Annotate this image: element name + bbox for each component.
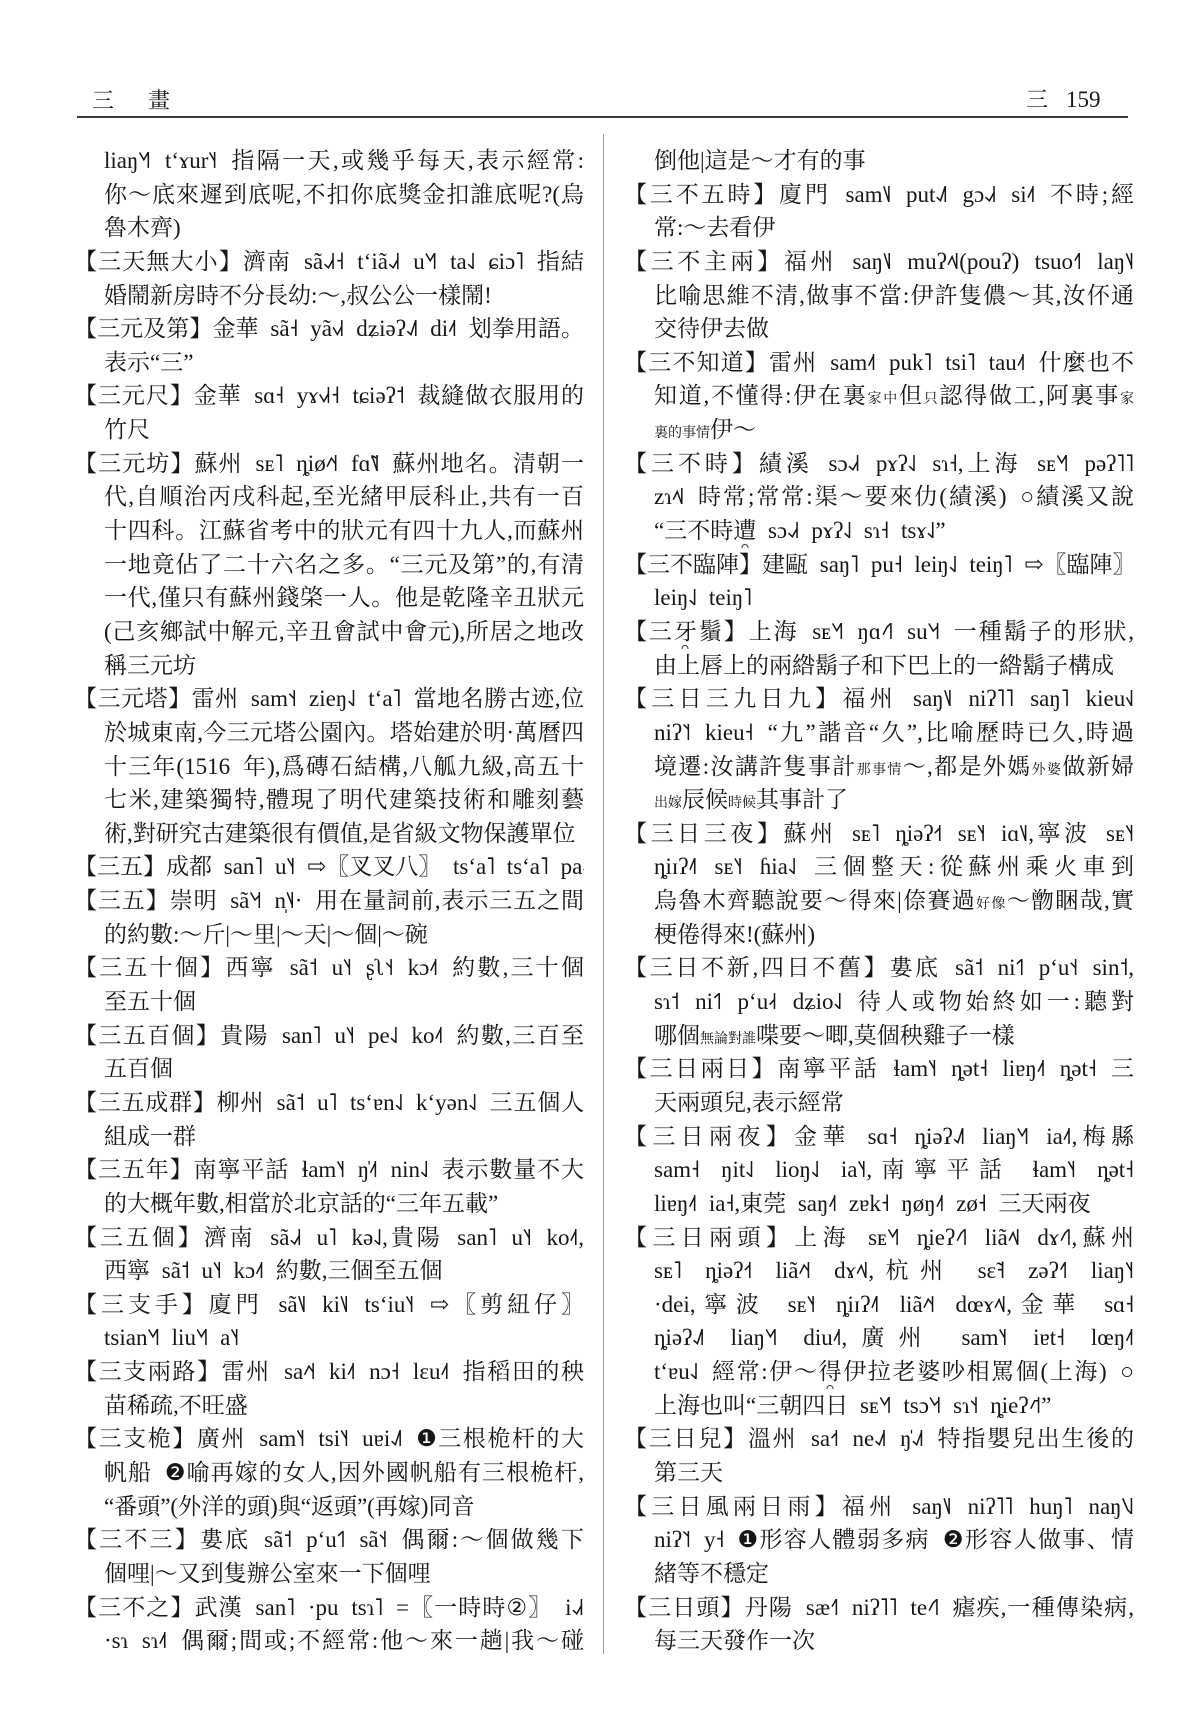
- entry-text: 比喻思維不清,做事不當:伊許隻儂～其,汝伓通: [654, 283, 1134, 308]
- entry-text: 【三不臨陣】: [624, 552, 762, 577]
- gloss-note: 那事情: [857, 763, 903, 778]
- dictionary-entry: 【三不主兩】福州 saŋ˥˩ muʔ˨˦˩(pouʔ) tsuo˧˥ laŋ˥˨…: [624, 245, 1134, 346]
- entry-line: 【三日頭】丹陽 sæ˧˥ niʔ˥˥ te˨˦˥ 瘧疾,一種傳染病,: [624, 1591, 1134, 1625]
- entry-line: (己亥鄉試中解元,辛丑會試中會元),所居之地改: [74, 615, 584, 649]
- entry-text: 術,對研究古建築很有價值,是省級文物保護單位: [104, 821, 576, 846]
- entry-text: leiŋ˨˩ teiŋ˥: [654, 585, 752, 610]
- entry-text: 【三日兒】: [624, 1426, 748, 1451]
- entry-text: 竹尺: [104, 417, 150, 442]
- entry-text: niʔ˥˦ kieu˧ “九”諧音“久”,比喻歷時已久,時過: [654, 720, 1134, 745]
- entry-line: 代,自順治丙戌科起,至光緒甲辰科止,共有一百: [74, 480, 584, 514]
- entry-text: 每三天發作一次: [654, 1628, 815, 1653]
- dictionary-entry: 【三日頭】丹陽 sæ˧˥ niʔ˥˥ te˨˦˥ 瘧疾,一種傳染病,每三天發作一…: [624, 1591, 1134, 1658]
- entry-text: 緒等不穩定: [654, 1561, 769, 1586]
- running-head-page: 三159: [1026, 83, 1101, 114]
- dictionary-entry: 【三元坊】蘇州 sᴇ˥ ȵiø˨˦˧ fɑ̃˥˩ 蘇州地名。清朝一代,自順治丙戌…: [74, 447, 584, 682]
- entry-text: 西寧 sã˦ u˥˧ ʂʅ˦˧ kɔ˨˦ 約數,三十個: [225, 955, 584, 980]
- entry-text: ȵiəʔ˨˩˥ liaŋ˥˧˥ diu˨˦,廣州 sam˥˧ iɐt˧ lœŋ˨…: [654, 1325, 1134, 1350]
- entry-text: liaŋ˥˧˥ tʻɤur˥˧ 指隔一天,或幾乎每天,表示經常:: [104, 148, 584, 173]
- headword: 【三日兩夜】: [624, 1124, 794, 1149]
- entry-text: 蘇州 sᴇ˥ ȵiəʔ˧˦ sᴇ˥˧ iɑ˥˩,寧波 sᴇ˥˧: [783, 821, 1134, 846]
- entry-line: leiŋ˨˩ teiŋ˥: [624, 581, 1134, 615]
- dictionary-entry: 【三不之】武漢 san˥ ·pu tsɿ˥ =〖一時時②〗 i˨˩˧·sɿ sɿ…: [74, 1591, 584, 1658]
- entry-line: 梗倦得來!(蘇州): [624, 918, 1134, 952]
- entry-line: 【三元尺】金華 sɑ˧ yɤ˧˩˧˧ tɕiəʔ˦ 裁縫做衣服用的: [74, 379, 584, 413]
- entry-line: 第三天: [624, 1456, 1134, 1490]
- entry-text: 婁底 sã˦ ni˦˥ pʻu˦˧ sin˦,: [889, 955, 1134, 980]
- entry-text: 溫州 sa˧˦ ne˨˩˦ ŋ̍˨˩˦ 特指嬰兒出生後的: [748, 1426, 1134, 1451]
- entry-text: 南寧平話 ɬam˥˧ ŋ̍˨˦ nin˨˩ 表示數量不大: [194, 1157, 584, 1182]
- entry-text: 廣州 sam˥˧ tsi˥˧ uɐi˨˩˥ ❶三根桅杆的大: [197, 1426, 584, 1451]
- entry-text: 【三不五時】: [624, 182, 779, 207]
- entry-line: 【三日風兩日雨】福州 saŋ˥˩ niʔ˥˥ huŋ˥ naŋ˥˨˩: [624, 1490, 1134, 1524]
- entry-line: liɐŋ˨˦ ia˧,東莞 saŋ˨˦ zɐk˧ ŋøŋ˨˦ zø˧ 三天兩夜: [624, 1187, 1134, 1221]
- entry-text: 至五十個: [104, 989, 196, 1014]
- dictionary-entry: 【三天無大小】濟南 sã˨˩˧˧ tʻiã˨˩˧ u˥˧˥ ta˨˩ ɕiɔ˥ …: [74, 245, 584, 312]
- entry-text: 【三不知道】: [624, 350, 769, 375]
- entry-line: 組成一群: [74, 1120, 584, 1154]
- entry-text: 辰候: [682, 787, 728, 812]
- entry-line: 竹尺: [74, 413, 584, 447]
- dictionary-entry: 【三日三九日九】福州 saŋ˥˩ niʔ˥˥ saŋ˥ kieu˧˩niʔ˥˦ …: [624, 682, 1134, 817]
- entry-line: sam˧ ŋit˨˩ lioŋ˨˩ ia˥˧,南寧平話 ɬam˥˧ ȵət˧: [624, 1153, 1134, 1187]
- running-head-section: 三畫: [92, 84, 170, 115]
- entry-text: 上海 sᴇ˥˧˥ ŋɑ˨˦˥ su˥˧˦ 一種鬍子的形狀,: [749, 619, 1134, 644]
- headword: 【三五】: [74, 854, 166, 879]
- entry-text: 其事計了: [756, 787, 848, 812]
- entry-text: 十三年(1516 年),爲磚石結構,八觚九級,高五十: [104, 754, 584, 779]
- entry-line: 交待伊去做: [624, 312, 1134, 346]
- entry-text: 【三日不新,四日不舊】: [624, 955, 889, 980]
- entry-text: 雷州 sam˦˧ zieŋ˨˩ tʻa˥ 當地名勝古迹,位: [192, 686, 584, 711]
- entry-text: 的約數:～斤|～里|～天|～個|～碗: [104, 922, 428, 947]
- entry-text: 常:～去看伊: [654, 215, 775, 240]
- section-stroke-label: 畫: [148, 84, 170, 115]
- entry-text: 知道,不懂得:伊在裏: [654, 383, 867, 408]
- entry-text: 個哩|～又到隻辦公室來一下個哩: [104, 1561, 431, 1586]
- entry-line: 上海也叫“三朝四日 sᴇ˥˧˥ tsɔ˥˧˦ sɿ˦˧ ȵieʔ˨˦˦”: [624, 1389, 1134, 1423]
- entry-text: 天兩頭兒,表示經常: [654, 1090, 844, 1115]
- entry-text: 【三天無大小】: [74, 249, 243, 274]
- entry-text: 濟南 sã˨˩˧ u˥ kə˨˩,貴陽 san˥ u˥˧ ko˨˦,: [204, 1225, 584, 1250]
- entry-text: 【三不時】: [624, 451, 759, 476]
- entry-text: ·sɿ sɿ˨˦ 偶爾;間或;不經常:他～來一趟|我～碰: [104, 1628, 584, 1653]
- entry-text: 【三支手】: [74, 1292, 209, 1317]
- entry-text: 福州 saŋ˥˩ muʔ˨˦˩(pouʔ) tsuo˧˥ laŋ˥˨: [784, 249, 1134, 274]
- entry-text: 伊拉老婆吵相罵個(上海) ○: [842, 1359, 1134, 1384]
- entry-line: 七米,建築獨特,體現了明代建築技術和雕刻藝: [74, 783, 584, 817]
- entry-line: zɿ˨˦˩ 時常;常常:渠～要來仂(績溪) ○績溪又說: [624, 480, 1134, 514]
- entry-line: 一地竟佔了二十六名之多。“三元及第”的,有清: [74, 548, 584, 582]
- headword: 【三日不新,四日不舊】: [624, 955, 889, 980]
- right-column: 倒他|這是～才有的事【三不五時】廈門 sam˥˩ put˨˩˥ gɔ˨˩˧ si…: [624, 144, 1134, 1658]
- entry-text: 【三元塔】: [74, 686, 192, 711]
- entry-line: 你～底來遲到底呢,不扣你底獎金扣誰底呢?(烏: [74, 178, 584, 212]
- dictionary-entry: liaŋ˥˧˥ tʻɤur˥˧ 指隔一天,或幾乎每天,表示經常:你～底來遲到底呢…: [74, 144, 584, 245]
- entry-text: tʻɐu˨˩ 經常:伊～: [654, 1359, 819, 1384]
- dictionary-entry: 【三五】成都 san˥ u˥˧ ⇨〖叉叉八〗 tsʻa˥ tsʻa˥ pa˨˩: [74, 850, 584, 884]
- entry-text: 代,自順治丙戌科起,至光緒甲辰科止,共有一百: [104, 484, 584, 509]
- entry-line: 一代,僅只有蘇州錢棨一人。他是乾隆辛丑狀元: [74, 581, 584, 615]
- dictionary-entry: 【三五成群】柳州 sã˦ u˥ tsʻɐn˨˩ kʻyən˨˩ 三五個人組成一群: [74, 1086, 584, 1153]
- column-divider: [603, 134, 604, 1654]
- entry-text: 濟南 sã˨˩˧˧ tʻiã˨˩˧ u˥˧˥ ta˨˩ ɕiɔ˥ 指結: [243, 249, 584, 274]
- entry-line: 的大概年數,相當於北京話的“三年五載”: [74, 1187, 584, 1221]
- headword: 【三元坊】: [74, 451, 194, 476]
- dictionary-entry: 【三五百個】貴陽 san˥ u˥˧ pe˨˩ ko˨˦ 約數,三百至五百個: [74, 1019, 584, 1086]
- entry-text: 七米,建築獨特,體現了明代建築技術和雕刻藝: [104, 787, 584, 812]
- entry-line: ·dei,寧波 sᴇ˥˧ ȵiɪʔ˨˥ liã˨˦˧ dœɤ˨˦˩,金華 sɑ˧: [624, 1288, 1134, 1322]
- entry-line: 倒他|這是～才有的事: [624, 144, 1134, 178]
- entry-line: niʔ˥˦ kieu˧ “九”諧音“久”,比喻歷時已久,時過: [624, 716, 1134, 750]
- entry-line: ȵiəʔ˨˩˥ liaŋ˥˧˥ diu˨˦,廣州 sam˥˧ iɐt˧ lœŋ˨…: [624, 1321, 1134, 1355]
- headword: 【三不五時】: [624, 182, 779, 207]
- entry-text: 南寧平話 ɬam˥˧ ȵət˧ liɐŋ˨˦ ȵət˧ 三: [777, 1056, 1134, 1081]
- entry-line: 每三天發作一次: [624, 1624, 1134, 1658]
- headword: 【三元尺】: [74, 383, 194, 408]
- entry-line: 【三支兩路】雷州 sa˨˦˧ ki˨˦ nɔ˧ lɛu˨˦ 指稻田的秧: [74, 1355, 584, 1389]
- entry-line: 【三牙鬚】上海 sᴇ˥˧˥ ŋɑ˨˦˥ su˥˧˦ 一種鬍子的形狀,: [624, 615, 1134, 649]
- entry-text: (己亥鄉試中解元,辛丑會試中會元),所居之地改: [104, 619, 584, 644]
- dictionary-entry: 【三元及第】金華 sã˧ yã˧˩˧ dʑiəʔ˨˩˥ di˨˦ 划拳用語。表示…: [74, 312, 584, 379]
- entry-text: 十四科。江蘇省考中的狀元有四十九人,而蘇州: [104, 518, 584, 543]
- entry-text: 哪個: [654, 1023, 700, 1048]
- entry-text: 第三天: [654, 1460, 723, 1485]
- entry-line: 【三支手】廈門 sã˥˩ ki˥˩ tsʻiu˥˧ ⇨〖剪紐仔〗: [74, 1288, 584, 1322]
- entry-line: 西寧 sã˦ u˥˧ kɔ˨˦ 約數,三個至五個: [74, 1254, 584, 1288]
- entry-line: 【三元坊】蘇州 sᴇ˥ ȵiø˨˦˧ fɑ̃˥˩ 蘇州地名。清朝一: [74, 447, 584, 481]
- entry-line: 【三不五時】廈門 sam˥˩ put˨˩˥ gɔ˨˩˧ si˨˦ 不時;經: [624, 178, 1134, 212]
- entry-text: 【三不之】: [74, 1595, 195, 1620]
- gloss-note: 家中: [867, 392, 898, 407]
- headword: 【三元塔】: [74, 686, 192, 711]
- entry-line: 【三日三九日九】福州 saŋ˥˩ niʔ˥˥ saŋ˥ kieu˧˩: [624, 682, 1134, 716]
- entry-text: zɿ˨˦˩ 時常;常常:渠～要來仂(績溪) ○績溪又說: [654, 484, 1134, 509]
- entry-text: 【三不主兩】: [624, 249, 784, 274]
- entry-text: 【三五百個】: [74, 1023, 220, 1048]
- gloss-note: 家: [1120, 392, 1134, 407]
- entry-line: 【三不主兩】福州 saŋ˥˩ muʔ˨˦˩(pouʔ) tsuo˧˥ laŋ˥˨: [624, 245, 1134, 279]
- entry-line: 術,對研究古建築很有價值,是省級文物保護單位: [74, 817, 584, 851]
- entry-text: 廈門 sam˥˩ put˨˩˥ gɔ˨˩˧ si˨˦ 不時;經: [779, 182, 1134, 207]
- entry-text: sɿ˦ ni˦˥ pʻu˨˧ dʑio˨˩ 待人或物始終如一:聽對: [654, 989, 1134, 1014]
- entry-text: 由上唇上的兩綹鬍子和下巴上的一綹鬍子構成: [654, 653, 1114, 678]
- entry-text: 【三日兩頭】: [624, 1225, 794, 1250]
- section-stroke-number: 三: [92, 84, 114, 115]
- entry-text: 【三支桅】: [74, 1426, 197, 1451]
- dictionary-entry: 【三五個】濟南 sã˨˩˧ u˥ kə˨˩,貴陽 san˥ u˥˧ ko˨˦,西…: [74, 1221, 584, 1288]
- dictionary-entry: 【三五年】南寧平話 ɬam˥˧ ŋ̍˨˦ nin˨˩ 表示數量不大的大概年數,相…: [74, 1153, 584, 1220]
- entry-line: ·sɿ sɿ˨˦ 偶爾;間或;不經常:他～來一趟|我～碰: [74, 1624, 584, 1658]
- entry-line: 【三支桅】廣州 sam˥˧ tsi˥˧ uɐi˨˩˥ ❶三根桅杆的大: [74, 1422, 584, 1456]
- entry-text: 【三五】: [74, 854, 166, 879]
- entry-text: 丹陽 sæ˧˥ niʔ˥˥ te˨˦˥ 瘧疾,一種傳染病,: [745, 1595, 1134, 1620]
- entry-text: 你～底來遲到底呢,不扣你底獎金扣誰底呢?(烏: [104, 182, 584, 207]
- entry-text: 【三五十個】: [74, 955, 225, 980]
- entry-text: 的大概年數,相當於北京話的“三年五載”: [104, 1191, 498, 1216]
- entry-line: 【三五】成都 san˥ u˥˧ ⇨〖叉叉八〗 tsʻa˥ tsʻa˥ pa˨˩: [74, 850, 584, 884]
- entry-line: sɿ˦ ni˦˥ pʻu˨˧ dʑio˨˩ 待人或物始終如一:聽對: [624, 985, 1134, 1019]
- entry-line: 【三日不新,四日不舊】婁底 sã˦ ni˦˥ pʻu˦˧ sin˦,: [624, 951, 1134, 985]
- dictionary-entry: 【三不三】婁底 sã˦ pʻu˦˥ sã˦˧ 偶爾:～個做幾下個哩|～又到隻辦公…: [74, 1523, 584, 1590]
- headword: 【三不之】: [74, 1595, 195, 1620]
- entry-text: 表示“三”: [104, 350, 193, 375]
- entry-text: “番頭”(外洋的頭)與“返頭”(再嫁)同音: [104, 1494, 474, 1519]
- entry-text: 鬚】: [697, 619, 749, 644]
- entry-text: 【三元及第】: [74, 316, 212, 341]
- entry-line: 【三不之】武漢 san˥ ·pu tsɿ˥ =〖一時時②〗 i˨˩˧: [74, 1591, 584, 1625]
- entry-line: 十三年(1516 年),爲磚石結構,八觚九級,高五十: [74, 750, 584, 784]
- entry-text: 廈門 sã˥˩ ki˥˩ tsʻiu˥˧ ⇨〖剪紐仔〗: [209, 1292, 584, 1317]
- entry-text: “三不時: [654, 518, 733, 543]
- gloss-note: 外婆: [1032, 763, 1063, 778]
- entry-line: 【三日兩日】南寧平話 ɬam˥˧ ȵət˧ liɐŋ˨˦ ȵət˧ 三: [624, 1052, 1134, 1086]
- entry-line: 【三天無大小】濟南 sã˨˩˧˧ tʻiã˨˩˧ u˥˧˥ ta˨˩ ɕiɔ˥ …: [74, 245, 584, 279]
- headword: 【三日三九日九】: [624, 686, 842, 711]
- headword: 【三日頭】: [624, 1595, 745, 1620]
- entry-text: 一地竟佔了二十六名之多。“三元及第”的,有清: [104, 552, 584, 577]
- entry-text: 組成一群: [104, 1124, 196, 1149]
- entry-line: 稱三元坊: [74, 649, 584, 683]
- headword: 【三五百個】: [74, 1023, 220, 1048]
- dictionary-entry: 【三不時】績溪 sɔ˨˩˧ pɤʔ˨˩ sɿ˧,上海 sᴇ˥˧˥ pəʔ˥˥zɿ…: [624, 447, 1134, 548]
- entry-line: 【三日兩夜】金華 sɑ˧ ȵiəʔ˨˩˥ liaŋ˥˧˥ ia˨˦,梅縣: [624, 1120, 1134, 1154]
- dictionary-entry: 【三日兒】溫州 sa˧˦ ne˨˩˦ ŋ̍˨˩˦ 特指嬰兒出生後的第三天: [624, 1422, 1134, 1489]
- entry-text: sɔ˨˩˧ pɤʔ˨˩ sɿ˧ tsɤ˨˩”: [756, 518, 945, 543]
- entry-text: 成都 san˥ u˥˧ ⇨〖叉叉八〗 tsʻa˥ tsʻa˥ pa˨˩: [166, 854, 584, 879]
- entry-text: tsian˥˧˥ liu˥˧˥ a˥˧: [104, 1325, 239, 1350]
- entry-line: 由上唇上的兩綹鬍子和下巴上的一綹鬍子構成: [624, 649, 1134, 683]
- headword: 【三支手】: [74, 1292, 209, 1317]
- entry-text: 境遷:汝講許隻事計: [654, 754, 857, 779]
- headword: 【三日風兩日雨】: [624, 1494, 842, 1519]
- entry-line: 出嫁辰候時候其事計了: [624, 783, 1134, 817]
- entry-text: ȵiɪʔ˨˥ sᴇ˥˧ ɦia˨˩ 三個整天:從蘇州乘火車到: [654, 854, 1134, 879]
- entry-text: 於城東南,今三元塔公園內。塔始建於明·萬曆四: [104, 720, 584, 745]
- entry-line: “三不時遭 sɔ˨˩˧ pɤʔ˨˩ sɿ˧ tsɤ˨˩”: [624, 514, 1134, 548]
- headword: 【三支兩路】: [74, 1359, 222, 1384]
- entry-line: 【三不時】績溪 sɔ˨˩˧ pɤʔ˨˩ sɿ˧,上海 sᴇ˥˧˥ pəʔ˥˥: [624, 447, 1134, 481]
- entry-text: 【三五個】: [74, 1225, 204, 1250]
- entry-line: 緒等不穩定: [624, 1557, 1134, 1591]
- dictionary-entry: 【三日兩夜】金華 sɑ˧ ȵiəʔ˨˩˥ liaŋ˥˧˥ ia˨˦,梅縣sam˧…: [624, 1120, 1134, 1221]
- headword: 【三不臨陣】: [624, 552, 762, 577]
- entry-text: 一代,僅只有蘇州錢棨一人。他是乾隆辛丑狀元: [104, 585, 584, 610]
- entry-text: 交待伊去做: [654, 316, 769, 341]
- entry-line: 【三元及第】金華 sã˧ yã˧˩˧ dʑiəʔ˨˩˥ di˨˦ 划拳用語。: [74, 312, 584, 346]
- entry-text: ～朆睏哉,實: [1007, 888, 1134, 913]
- dictionary-entry: 【三元尺】金華 sɑ˧ yɤ˧˩˧˧ tɕiəʔ˦ 裁縫做衣服用的竹尺: [74, 379, 584, 446]
- entry-line: tsian˥˧˥ liu˥˧˥ a˥˧: [74, 1321, 584, 1355]
- marked-character: 遭: [733, 514, 756, 548]
- headword: 【三日兩日】: [624, 1056, 777, 1081]
- dictionary-entry: 【三五十個】西寧 sã˦ u˥˧ ʂʅ˦˧ kɔ˨˦ 約數,三十個至五十個: [74, 951, 584, 1018]
- entry-text: 【三日頭】: [624, 1595, 745, 1620]
- entry-text: 雷州 sam˨˦ puk˥ tsi˥ tau˨˦ 什麼也不: [769, 350, 1134, 375]
- entry-text: niʔ˥˦ y˧ ❶形容人體弱多病 ❷形容人做事、情: [654, 1527, 1134, 1552]
- entry-text: 婚鬧新房時不分長幼:～,叔公公一樣鬧!: [104, 283, 492, 308]
- entry-text: 【三五】: [74, 888, 170, 913]
- entry-text: 做新婦: [1062, 754, 1134, 779]
- entry-line: 【三五成群】柳州 sã˦ u˥ tsʻɐn˨˩ kʻyən˨˩ 三五個人: [74, 1086, 584, 1120]
- entry-line: 天兩頭兒,表示經常: [624, 1086, 1134, 1120]
- gloss-note: 無論對誰: [700, 1032, 756, 1047]
- entry-line: “番頭”(外洋的頭)與“返頭”(再嫁)同音: [74, 1490, 584, 1524]
- entry-text: 魯木齊): [104, 215, 181, 240]
- dictionary-entry: 倒他|這是～才有的事: [624, 144, 1134, 178]
- entry-text: 西寧 sã˦ u˥˧ kɔ˨˦ 約數,三個至五個: [104, 1258, 443, 1283]
- entry-line: sᴇ˥ ȵiəʔ˧˦ liã˨˦˧ dɤ˨˦˩,杭州 sɛ̃˧ zəʔ˧˥ li…: [624, 1254, 1134, 1288]
- entry-text: 【三日兩夜】: [624, 1124, 794, 1149]
- entry-line: 【三日兒】溫州 sa˧˦ ne˨˩˦ ŋ̍˨˩˦ 特指嬰兒出生後的: [624, 1422, 1134, 1456]
- entry-text: 婁底 sã˦ pʻu˦˥ sã˦˧ 偶爾:～個做幾下: [200, 1527, 584, 1552]
- entry-line: 哪個無論對誰喋要～唧,莫個秧雞子一樣: [624, 1019, 1134, 1053]
- entry-text: 【三日風兩日雨】: [624, 1494, 842, 1519]
- entry-text: 【三元尺】: [74, 383, 194, 408]
- entry-line: 帆船 ❷喻再嫁的女人,因外國帆船有三根桅杆,: [74, 1456, 584, 1490]
- entry-text: 金華 sɑ˧ ȵiəʔ˨˩˥ liaŋ˥˧˥ ia˨˦,梅縣: [794, 1124, 1134, 1149]
- entry-line: 【三元塔】雷州 sam˦˧ zieŋ˨˩ tʻa˥ 當地名勝古迹,位: [74, 682, 584, 716]
- entry-text: 苗稀疏,不旺盛: [104, 1393, 248, 1418]
- entry-line: 【三日三夜】蘇州 sᴇ˥ ȵiəʔ˧˦ sᴇ˥˧ iɑ˥˩,寧波 sᴇ˥˧: [624, 817, 1134, 851]
- entry-text: 福州 saŋ˥˩ niʔ˥˥ huŋ˥ naŋ˥˨˩: [842, 1494, 1134, 1519]
- entry-line: 於城東南,今三元塔公園內。塔始建於明·萬曆四: [74, 716, 584, 750]
- entry-text: 績溪 sɔ˨˩˧ pɤʔ˨˩ sɿ˧,上海 sᴇ˥˧˥ pəʔ˥˥: [759, 451, 1134, 476]
- entry-line: 烏魯木齊聽說要～得來|倷賽過好像～朆睏哉,實: [624, 884, 1134, 918]
- dictionary-entry: 【三支桅】廣州 sam˥˧ tsi˥˧ uɐi˨˩˥ ❶三根桅杆的大帆船 ❷喻再…: [74, 1422, 584, 1523]
- entry-text: 認得做工,阿裏事: [939, 383, 1120, 408]
- entry-text: 雷州 sa˨˦˧ ki˨˦ nɔ˧ lɛu˨˦ 指稻田的秧: [222, 1359, 584, 1384]
- gloss-note: 時候: [728, 796, 756, 811]
- headword: 【三不主兩】: [624, 249, 784, 274]
- entry-text: ·dei,寧波 sᴇ˥˧ ȵiɪʔ˨˥ liã˨˦˧ dœɤ˨˦˩,金華 sɑ˧: [654, 1292, 1134, 1317]
- entry-text: 【三日兩日】: [624, 1056, 777, 1081]
- headword: 【三牙鬚】: [624, 619, 749, 644]
- entry-line: 【三不知道】雷州 sam˨˦ puk˥ tsi˥ tau˨˦ 什麼也不: [624, 346, 1134, 380]
- headword: 【三不三】: [74, 1527, 200, 1552]
- entry-text: sᴇ˥ ȵiəʔ˧˦ liã˨˦˧ dɤ˨˦˩,杭州 sɛ̃˧ zəʔ˧˥ li…: [654, 1258, 1134, 1283]
- entry-text: 梗倦得來!(蘇州): [654, 922, 815, 947]
- dictionary-entry: 【三支手】廈門 sã˥˩ ki˥˩ tsʻiu˥˧ ⇨〖剪紐仔〗tsian˥˧˥…: [74, 1288, 584, 1355]
- gloss-note: 只: [924, 392, 940, 407]
- entry-text: 武漢 san˥ ·pu tsɿ˥ =〖一時時②〗 i˨˩˧: [195, 1595, 585, 1620]
- entry-line: 【三不三】婁底 sã˦ pʻu˦˥ sã˦˧ 偶爾:～個做幾下: [74, 1523, 584, 1557]
- dictionary-entry: 【三支兩路】雷州 sa˨˦˧ ki˨˦ nɔ˧ lɛu˨˦ 指稻田的秧苗稀疏,不…: [74, 1355, 584, 1422]
- headword: 【三日三夜】: [624, 821, 783, 846]
- dictionary-entry: 【三五】崇明 sã˥˧˦ n̩˥˨· 用在量詞前,表示三五之間的約數:～斤|～里…: [74, 884, 584, 951]
- dictionary-entry: 【三不臨陣】建甌 saŋ˥ pu˧ leiŋ˨˩ teiŋ˥ ⇨〖臨陣〗leiŋ…: [624, 548, 1134, 615]
- headword: 【三五】: [74, 888, 170, 913]
- left-column: liaŋ˥˧˥ tʻɤur˥˧ 指隔一天,或幾乎每天,表示經常:你～底來遲到底呢…: [74, 144, 584, 1658]
- headword: 【三日兩頭】: [624, 1225, 794, 1250]
- entry-text: 烏魯木齊聽說要～得來|倷賽過: [654, 888, 976, 913]
- entry-text: 蘇州 sᴇ˥ ȵiø˨˦˧ fɑ̃˥˩ 蘇州地名。清朝一: [194, 451, 584, 476]
- entry-line: 常:～去看伊: [624, 211, 1134, 245]
- entry-line: niʔ˥˦ y˧ ❶形容人體弱多病 ❷形容人做事、情: [624, 1523, 1134, 1557]
- headword: 【三不知道】: [624, 350, 769, 375]
- dictionary-entry: 【三日兩日】南寧平話 ɬam˥˧ ȵət˧ liɐŋ˨˦ ȵət˧ 三天兩頭兒,…: [624, 1052, 1134, 1119]
- entry-line: 裏的事情伊～: [624, 413, 1134, 447]
- running-head-character: 三: [1026, 87, 1048, 112]
- gloss-note: 出嫁: [654, 796, 682, 811]
- entry-line: 婚鬧新房時不分長幼:～,叔公公一樣鬧!: [74, 279, 584, 313]
- entry-line: 【三五百個】貴陽 san˥ u˥˧ pe˨˩ ko˨˦ 約數,三百至: [74, 1019, 584, 1053]
- headword: 【三五年】: [74, 1157, 194, 1182]
- dictionary-entry: 【三日兩頭】上海 sᴇ˥˧˥ ȵieʔ˨˦˥ liã˨˦˩ dɤ˨˦˥,蘇州sᴇ…: [624, 1221, 1134, 1423]
- entry-line: 【三不臨陣】建甌 saŋ˥ pu˧ leiŋ˨˩ teiŋ˥ ⇨〖臨陣〗: [624, 548, 1134, 582]
- entry-text: 【三日三九日九】: [624, 686, 842, 711]
- entry-text: 崇明 sã˥˧˦ n̩˥˨· 用在量詞前,表示三五之間: [170, 888, 584, 913]
- headword: 【三五十個】: [74, 955, 225, 980]
- page-number: 159: [1066, 87, 1101, 112]
- entry-line: 【三五】崇明 sã˥˧˦ n̩˥˨· 用在量詞前,表示三五之間: [74, 884, 584, 918]
- gloss-note: 裏的事情: [654, 426, 710, 441]
- entry-text: 柳州 sã˦ u˥ tsʻɐn˨˩ kʻyən˨˩ 三五個人: [217, 1090, 584, 1115]
- entry-text: 【三不三】: [74, 1527, 200, 1552]
- header-rule: [77, 116, 1128, 118]
- entry-text: 貴陽 san˥ u˥˧ pe˨˩ ko˨˦ 約數,三百至: [220, 1023, 584, 1048]
- entry-line: liaŋ˥˧˥ tʻɤur˥˧ 指隔一天,或幾乎每天,表示經常:: [74, 144, 584, 178]
- entry-text: 上海 sᴇ˥˧˥ ȵieʔ˨˦˥ liã˨˦˩ dɤ˨˦˥,蘇州: [794, 1225, 1134, 1250]
- entry-line: 魯木齊): [74, 211, 584, 245]
- entry-text: 【三元坊】: [74, 451, 194, 476]
- entry-text: 【三支兩路】: [74, 1359, 222, 1384]
- entry-text: 五百個: [104, 1056, 173, 1081]
- entry-text: 【三日三夜】: [624, 821, 783, 846]
- marked-character: 牙: [674, 615, 697, 649]
- headword: 【三五成群】: [74, 1090, 217, 1115]
- entry-text: 伊～: [710, 417, 756, 442]
- dictionary-entry: 【三日三夜】蘇州 sᴇ˥ ȵiəʔ˧˦ sᴇ˥˧ iɑ˥˩,寧波 sᴇ˥˧ȵiɪ…: [624, 817, 1134, 952]
- dictionary-entry: 【三不五時】廈門 sam˥˩ put˨˩˥ gɔ˨˩˧ si˨˦ 不時;經常:～…: [624, 178, 1134, 245]
- entry-line: 知道,不懂得:伊在裏家中但只認得做工,阿裏事家: [624, 379, 1134, 413]
- entry-text: 稱三元坊: [104, 653, 196, 678]
- dictionary-entry: 【三不知道】雷州 sam˨˦ puk˥ tsi˥ tau˨˦ 什麼也不知道,不懂…: [624, 346, 1134, 447]
- entry-line: 【三日兩頭】上海 sᴇ˥˧˥ ȵieʔ˨˦˥ liã˨˦˩ dɤ˨˦˥,蘇州: [624, 1221, 1134, 1255]
- entry-line: 表示“三”: [74, 346, 584, 380]
- entry-text: 【三: [624, 619, 674, 644]
- entry-line: 【三五十個】西寧 sã˦ u˥˧ ʂʅ˦˧ kɔ˨˦ 約數,三十個: [74, 951, 584, 985]
- entry-text: sam˧ ŋit˨˩ lioŋ˨˩ ia˥˧,南寧平話 ɬam˥˧ ȵət˧: [654, 1157, 1134, 1182]
- headword: 【三元及第】: [74, 316, 212, 341]
- dictionary-entry: 【三元塔】雷州 sam˦˧ zieŋ˨˩ tʻa˥ 當地名勝古迹,位於城東南,今…: [74, 682, 584, 850]
- entry-text: 建甌 saŋ˥ pu˧ leiŋ˨˩ teiŋ˥ ⇨〖臨陣〗: [762, 552, 1134, 577]
- entry-line: 比喻思維不清,做事不當:伊許隻儂～其,汝伓通: [624, 279, 1134, 313]
- entry-line: 的約數:～斤|～里|～天|～個|～碗: [74, 918, 584, 952]
- entry-line: 境遷:汝講許隻事計那事情～,都是外媽外婆做新婦: [624, 750, 1134, 784]
- entry-text: 倒他|這是～才有的事: [654, 148, 866, 173]
- entry-text: 【三五成群】: [74, 1090, 217, 1115]
- entry-text: 【三五年】: [74, 1157, 194, 1182]
- entry-line: 個哩|～又到隻辦公室來一下個哩: [74, 1557, 584, 1591]
- entry-text: 金華 sɑ˧ yɤ˧˩˧˧ tɕiəʔ˦ 裁縫做衣服用的: [194, 383, 584, 408]
- entry-text: 上海也叫“三朝四日 sᴇ˥˧˥ tsɔ˥˧˦ sɿ˦˧ ȵieʔ˨˦˦”: [654, 1393, 1051, 1418]
- entry-line: 十四科。江蘇省考中的狀元有四十九人,而蘇州: [74, 514, 584, 548]
- dictionary-entry: 【三牙鬚】上海 sᴇ˥˧˥ ŋɑ˨˦˥ su˥˧˦ 一種鬍子的形狀,由上唇上的兩…: [624, 615, 1134, 682]
- headword: 【三支桅】: [74, 1426, 197, 1451]
- entry-text: liɐŋ˨˦ ia˧,東莞 saŋ˨˦ zɐk˧ ŋøŋ˨˦ zø˧ 三天兩夜: [654, 1191, 1090, 1216]
- gloss-note: 好像: [976, 897, 1007, 912]
- headword: 【三不時】: [624, 451, 759, 476]
- entry-line: tʻɐu˨˩ 經常:伊～得伊拉老婆吵相罵個(上海) ○: [624, 1355, 1134, 1389]
- entry-line: 至五十個: [74, 985, 584, 1019]
- entry-line: 苗稀疏,不旺盛: [74, 1389, 584, 1423]
- entry-text: 福州 saŋ˥˩ niʔ˥˥ saŋ˥ kieu˧˩: [842, 686, 1134, 711]
- entry-text: 但: [899, 383, 924, 408]
- marked-character: 得: [819, 1355, 842, 1389]
- entry-text: ～,都是外媽: [903, 754, 1032, 779]
- entry-line: 【三五年】南寧平話 ɬam˥˧ ŋ̍˨˦ nin˨˩ 表示數量不大: [74, 1153, 584, 1187]
